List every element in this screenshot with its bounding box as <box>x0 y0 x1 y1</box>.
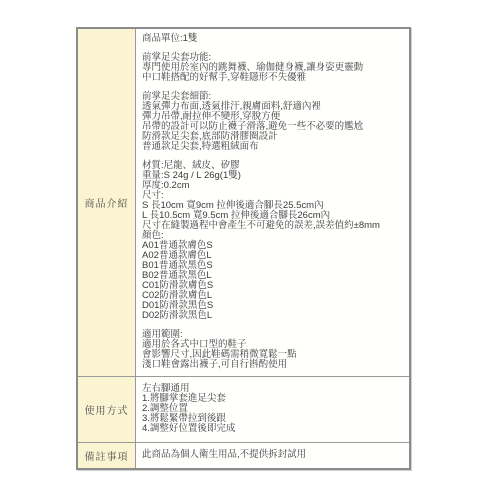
text-line: 厚度:0.2cm <box>142 181 403 191</box>
row-content-intro: 商品單位:1雙前掌足尖套功能:專門使用於室內的跳舞襪、瑜伽健身襪,讓身姿更靈動中… <box>136 29 409 376</box>
paragraph: 前掌足尖套細節:透氣彈力布面,透氣排汗,親膚面料,舒適內裡彈力吊帶,耐拉伸不變形… <box>142 92 403 152</box>
text-line: 淺口鞋會露出襪子,可自行斟酌使用 <box>142 360 403 370</box>
row-label-intro: 商品介紹 <box>78 29 136 376</box>
paragraph: 前掌足尖套功能:專門使用於室內的跳舞襪、瑜伽健身襪,讓身姿更靈動中口鞋搭配的好幫… <box>142 53 403 83</box>
paragraph: 商品單位:1雙 <box>142 34 403 44</box>
paragraph: 此商品為個人衛生用品,不提供拆封試用 <box>142 450 403 460</box>
text-line: 商品單位:1雙 <box>142 34 403 44</box>
row-label-usage: 使用方式 <box>78 377 136 442</box>
table-row-intro: 商品介紹商品單位:1雙前掌足尖套功能:專門使用於室內的跳舞襪、瑜伽健身襪,讓身姿… <box>78 29 409 376</box>
text-line: 此商品為個人衛生用品,不提供拆封試用 <box>142 450 403 460</box>
product-info-table: 商品介紹商品單位:1雙前掌足尖套功能:專門使用於室內的跳舞襪、瑜伽健身襪,讓身姿… <box>76 27 411 470</box>
text-line: 尺寸在縫製過程中會產生不可避免的誤差,誤差值約±8mm <box>142 221 403 231</box>
paragraph: 材質:尼龍、絨皮、矽膠重量:S 24g / L 26g(1雙)厚度:0.2cm尺… <box>142 161 403 321</box>
text-line: 普通款足尖套,特選粗絨面布 <box>142 142 403 152</box>
text-line: D02防滑款黑色L <box>142 311 403 321</box>
text-line: 中口鞋搭配的好幫手,穿鞋隱形不失優雅 <box>142 73 403 83</box>
row-content-usage: 左右腳通用1.將腳掌套進足尖套2.調整位置3.將鬆緊帶拉到後跟4.調整好位置後即… <box>136 377 409 442</box>
paragraph: 左右腳通用1.將腳掌套進足尖套2.調整位置3.將鬆緊帶拉到後跟4.調整好位置後即… <box>142 384 403 434</box>
text-line: 4.調整好位置後即完成 <box>142 424 403 434</box>
table-row-usage: 使用方式左右腳通用1.將腳掌套進足尖套2.調整位置3.將鬆緊帶拉到後跟4.調整好… <box>78 376 409 442</box>
row-label-notes: 備註事項 <box>78 443 136 468</box>
row-content-notes: 此商品為個人衛生用品,不提供拆封試用 <box>136 443 409 468</box>
paragraph: 適用範圍:適用於各式中口型的鞋子會影響尺寸,因此鞋碼需稍微寬鬆一點淺口鞋會露出襪… <box>142 330 403 370</box>
table-row-notes: 備註事項此商品為個人衛生用品,不提供拆封試用 <box>78 442 409 468</box>
